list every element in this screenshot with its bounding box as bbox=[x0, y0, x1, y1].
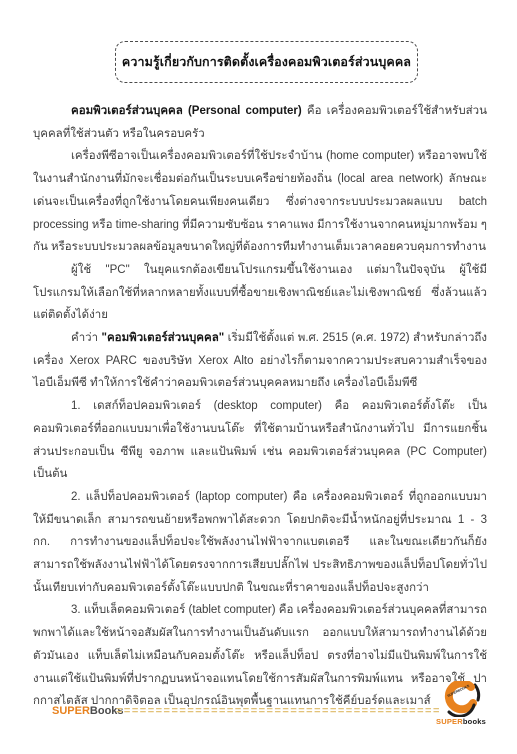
paragraph-text: 2. แล็ปท็อปคอมพิวเตอร์ (laptop computer)… bbox=[33, 491, 487, 594]
page-title: ความรู้เกี่ยวกับการติดตั้งเครื่องคอมพิวเ… bbox=[122, 52, 411, 72]
paragraph-text: เครื่องพีซีอาจเป็นเครื่องคอมพิวเตอร์ที่ใ… bbox=[33, 150, 487, 253]
superbooks-logo-icon: SUPERBOOKS bbox=[440, 681, 482, 717]
paragraph-term-history: คำว่า "คอมพิวเตอร์ส่วนบุคคล" เริ่มมีใช้ต… bbox=[33, 327, 487, 395]
logo-wordmark-suffix: books bbox=[463, 717, 486, 726]
list-item-laptop: 2. แล็ปท็อปคอมพิวเตอร์ (laptop computer)… bbox=[33, 486, 487, 600]
paragraph-text: คำว่า bbox=[71, 332, 102, 344]
paragraph-pc-users: ผู้ใช้ "PC" ในยุคแรกต้องเขียนโปรแกรมขึ้น… bbox=[33, 259, 487, 327]
list-item-tablet: 3. แท็บเล็ตคอมพิวเตอร์ (tablet computer)… bbox=[33, 599, 487, 713]
footer-logo-wordmark: SUPERbooks bbox=[434, 717, 488, 726]
paragraph-text: 1. เดสก์ท็อปคอมพิวเตอร์ (desktop compute… bbox=[33, 400, 487, 480]
paragraph-text: ผู้ใช้ "PC" ในยุคแรกต้องเขียนโปรแกรมขึ้น… bbox=[33, 264, 487, 321]
footer-brand-prefix: SUPER bbox=[52, 705, 90, 717]
logo-wordmark-prefix: SUPER bbox=[436, 717, 463, 726]
footer-brand-left: SUPERBooks bbox=[52, 705, 124, 717]
list-item-desktop: 1. เดสก์ท็อปคอมพิวเตอร์ (desktop compute… bbox=[33, 395, 487, 486]
footer-separator-line: ========================================… bbox=[116, 705, 440, 717]
document-page: ความรู้เกี่ยวกับการติดตั้งเครื่องคอมพิวเ… bbox=[0, 0, 517, 754]
paragraph-pc-home: เครื่องพีซีอาจเป็นเครื่องคอมพิวเตอร์ที่ใ… bbox=[33, 145, 487, 259]
article-body: คอมพิวเตอร์ส่วนบุคคล (Personal computer)… bbox=[33, 100, 487, 713]
paragraph-text: 3. แท็บเล็ตคอมพิวเตอร์ (tablet computer)… bbox=[33, 604, 487, 707]
paragraph-intro: คอมพิวเตอร์ส่วนบุคคล (Personal computer)… bbox=[33, 100, 487, 145]
footer-logo: SUPERBOOKS SUPERbooks bbox=[434, 681, 488, 726]
title-box: ความรู้เกี่ยวกับการติดตั้งเครื่องคอมพิวเ… bbox=[115, 41, 418, 83]
bold-term: คอมพิวเตอร์ส่วนบุคคล (Personal computer) bbox=[71, 105, 302, 117]
bold-term: "คอมพิวเตอร์ส่วนบุคคล" bbox=[102, 332, 225, 344]
